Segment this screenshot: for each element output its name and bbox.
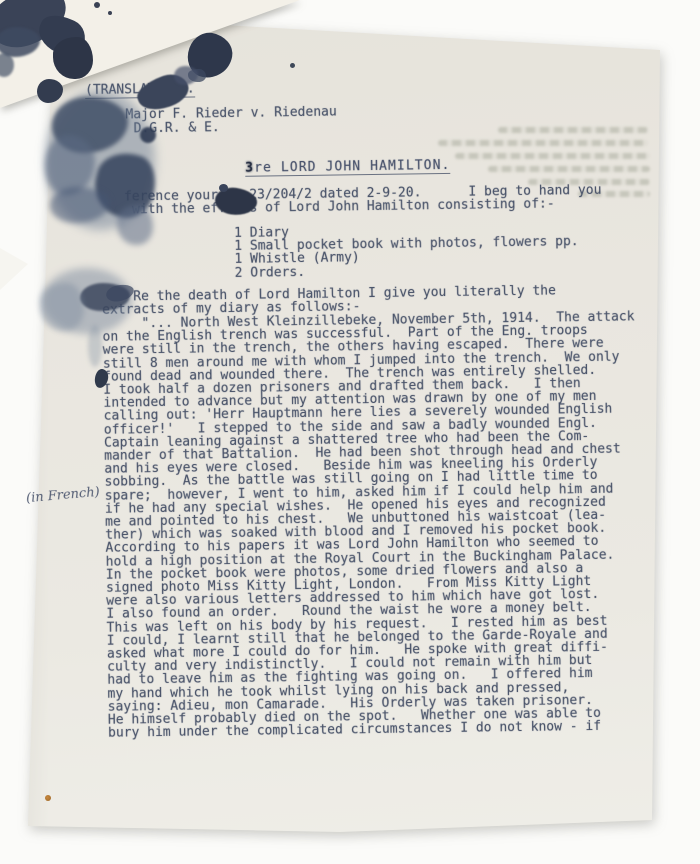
ink-blot <box>53 37 93 79</box>
ink-speck <box>108 11 112 15</box>
ink-speck <box>94 2 100 8</box>
ink-speck <box>290 63 295 68</box>
scanned-letter-photo: (TRANSLATION). Major F. Rieder v. Rieden… <box>0 0 700 864</box>
overlapping-sheet-paper <box>0 0 700 864</box>
ink-speck <box>219 184 228 192</box>
rust-spot <box>45 795 51 801</box>
overlapping-sheet <box>0 0 700 864</box>
